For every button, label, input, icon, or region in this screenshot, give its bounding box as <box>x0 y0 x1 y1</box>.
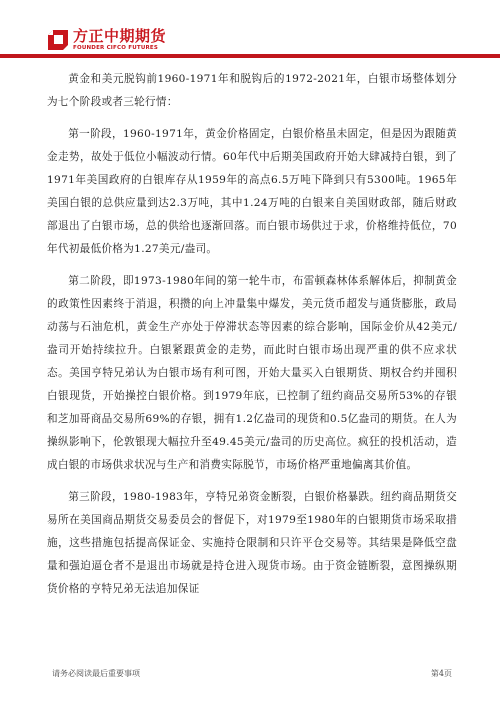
logo-english-name: FOUNDER CIFCO FUTURES <box>73 44 166 52</box>
company-logo: 方正中期期货 FOUNDER CIFCO FUTURES <box>47 28 166 52</box>
logo-mark-icon <box>47 29 69 51</box>
paragraph-stage-2: 第二阶段，即1973-1980年间的第一轮牛市，布雷顿森林体系解体后，抑制黄金的… <box>47 270 457 477</box>
page-number: 第4页 <box>431 668 452 679</box>
header-divider <box>0 54 500 58</box>
paragraph-stage-3: 第三阶段，1980-1983年，亨特兄弟资金断裂，白银价格暴跌。纽约商品期货交易… <box>47 486 457 601</box>
page-header: 方正中期期货 FOUNDER CIFCO FUTURES <box>0 0 500 60</box>
paragraph-stage-1: 第一阶段，1960-1971年，黄金价格固定，白银价格虽未固定，但是因为跟随黄金… <box>47 123 457 261</box>
logo-chinese-name: 方正中期期货 <box>73 28 166 44</box>
footer-disclaimer: 请务必阅读最后重要事项 <box>52 668 140 679</box>
document-body: 黄金和美元脱钩前1960-1971年和脱钩后的1972-2021年，白银市场整体… <box>47 68 457 610</box>
paragraph-intro: 黄金和美元脱钩前1960-1971年和脱钩后的1972-2021年，白银市场整体… <box>47 68 457 114</box>
